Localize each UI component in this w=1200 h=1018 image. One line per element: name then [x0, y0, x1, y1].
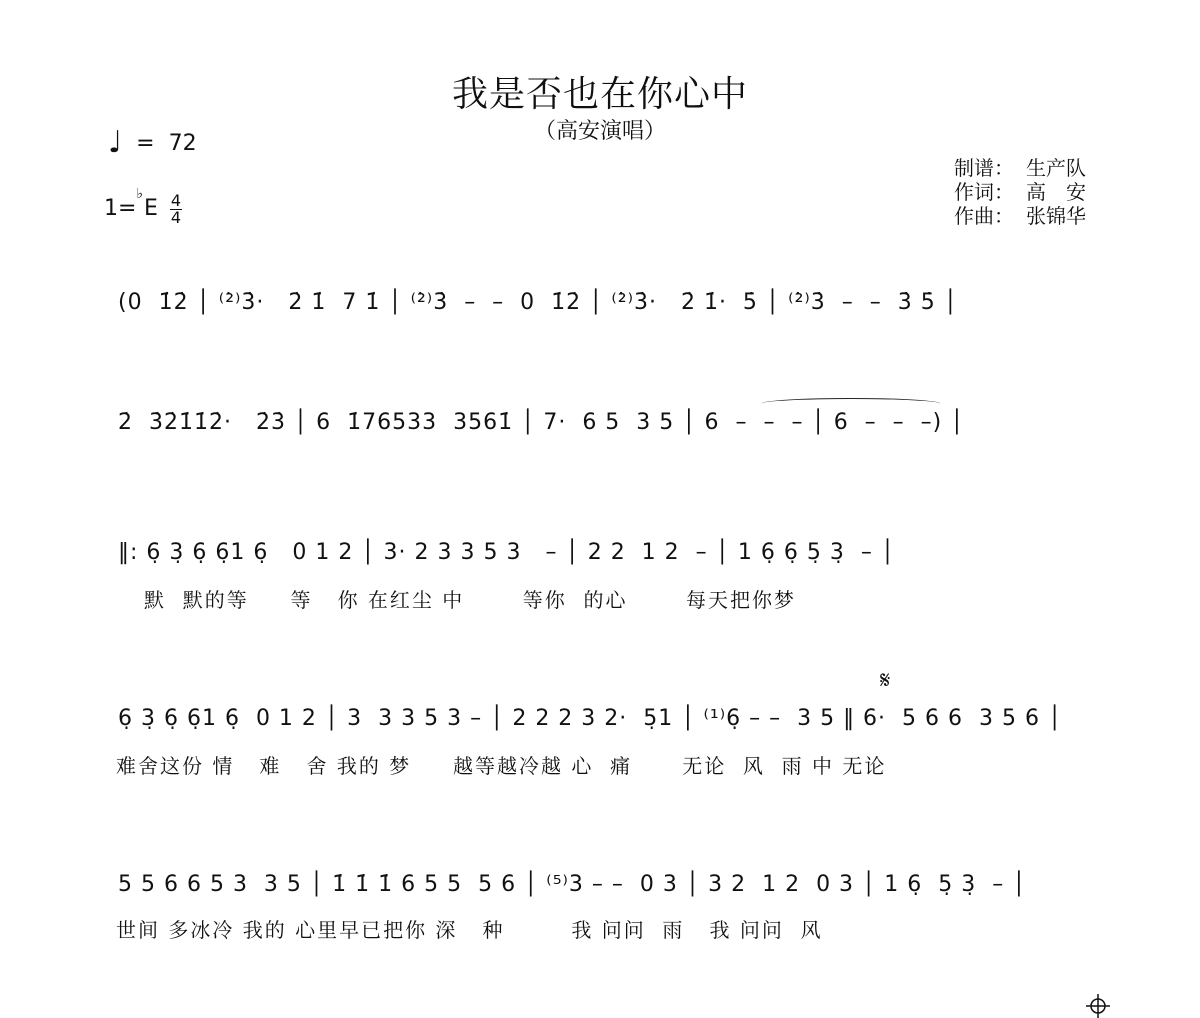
flat-icon: ♭: [136, 186, 143, 202]
credit-lyricist: 作词： 高 安: [954, 180, 1086, 204]
key-signature: 1= ♭ E 4 4: [104, 196, 182, 225]
segno-icon: 𝄋: [880, 666, 890, 694]
lyrics-line-4: 难舍这份 情 难 舍 我的 梦 越等越冷越 心 痛 无论 风 雨 中 无论: [116, 750, 886, 779]
quarter-note-icon: ♩: [108, 128, 122, 158]
lyrics-line-5: 世间 多冰冷 我的 心里早已把你 深 种 我 问问 雨 我 问问 风: [116, 914, 823, 943]
notation-line-4: 6̣ 3̣ 6̣ 6̣1 6̣ 0 1 2 │ 3 3 3 5 3 – │ 2 …: [118, 706, 1062, 731]
time-denominator: 4: [171, 211, 181, 225]
time-signature: 4 4: [170, 194, 182, 225]
key-prefix: 1=: [104, 196, 136, 221]
song-title: 我是否也在你心中: [0, 66, 1200, 117]
credits-block: 制谱： 生产队 作词： 高 安 作曲： 张锦华: [954, 156, 1086, 228]
lyrics-line-3: 默 默的等 等 你 在红尘 中 等你 的心 每天把你梦: [144, 584, 796, 613]
notation-line-3: ‖: 6̣ 3̣ 6̣ 6̣1 6̣ 0 1 2 │ 3· 2 3 3 5 3 …: [118, 540, 895, 565]
crosshair-target-icon: [1086, 994, 1110, 1018]
tempo-bpm: 72: [169, 131, 197, 156]
credit-notation: 制谱： 生产队: [954, 156, 1086, 180]
notation-line-1: (0 1̇2̇ │ ⁽²̇⁾3̇· 2̇ 1̇ 7 1̇ │ ⁽²̇⁾3̇ – …: [118, 290, 958, 315]
tempo-equals: =: [136, 131, 154, 156]
key-tonic: E: [144, 196, 158, 221]
time-numerator: 4: [171, 194, 181, 208]
credit-composer: 作曲： 张锦华: [954, 204, 1086, 228]
tie-arc: [762, 398, 940, 409]
tempo-marking: ♩ = 72: [108, 128, 197, 158]
notation-line-2: 2̇ 3̇2̇1̇1̇2̇· 2̇3̇ │ 6 1̇76533 3561̇ │ …: [118, 410, 964, 435]
notation-line-5: 5 5 6 6 5 3 3 5 │ 1̇ 1̇ 1̇ 6 5 5 5 6 │ ⁽…: [118, 872, 1026, 897]
